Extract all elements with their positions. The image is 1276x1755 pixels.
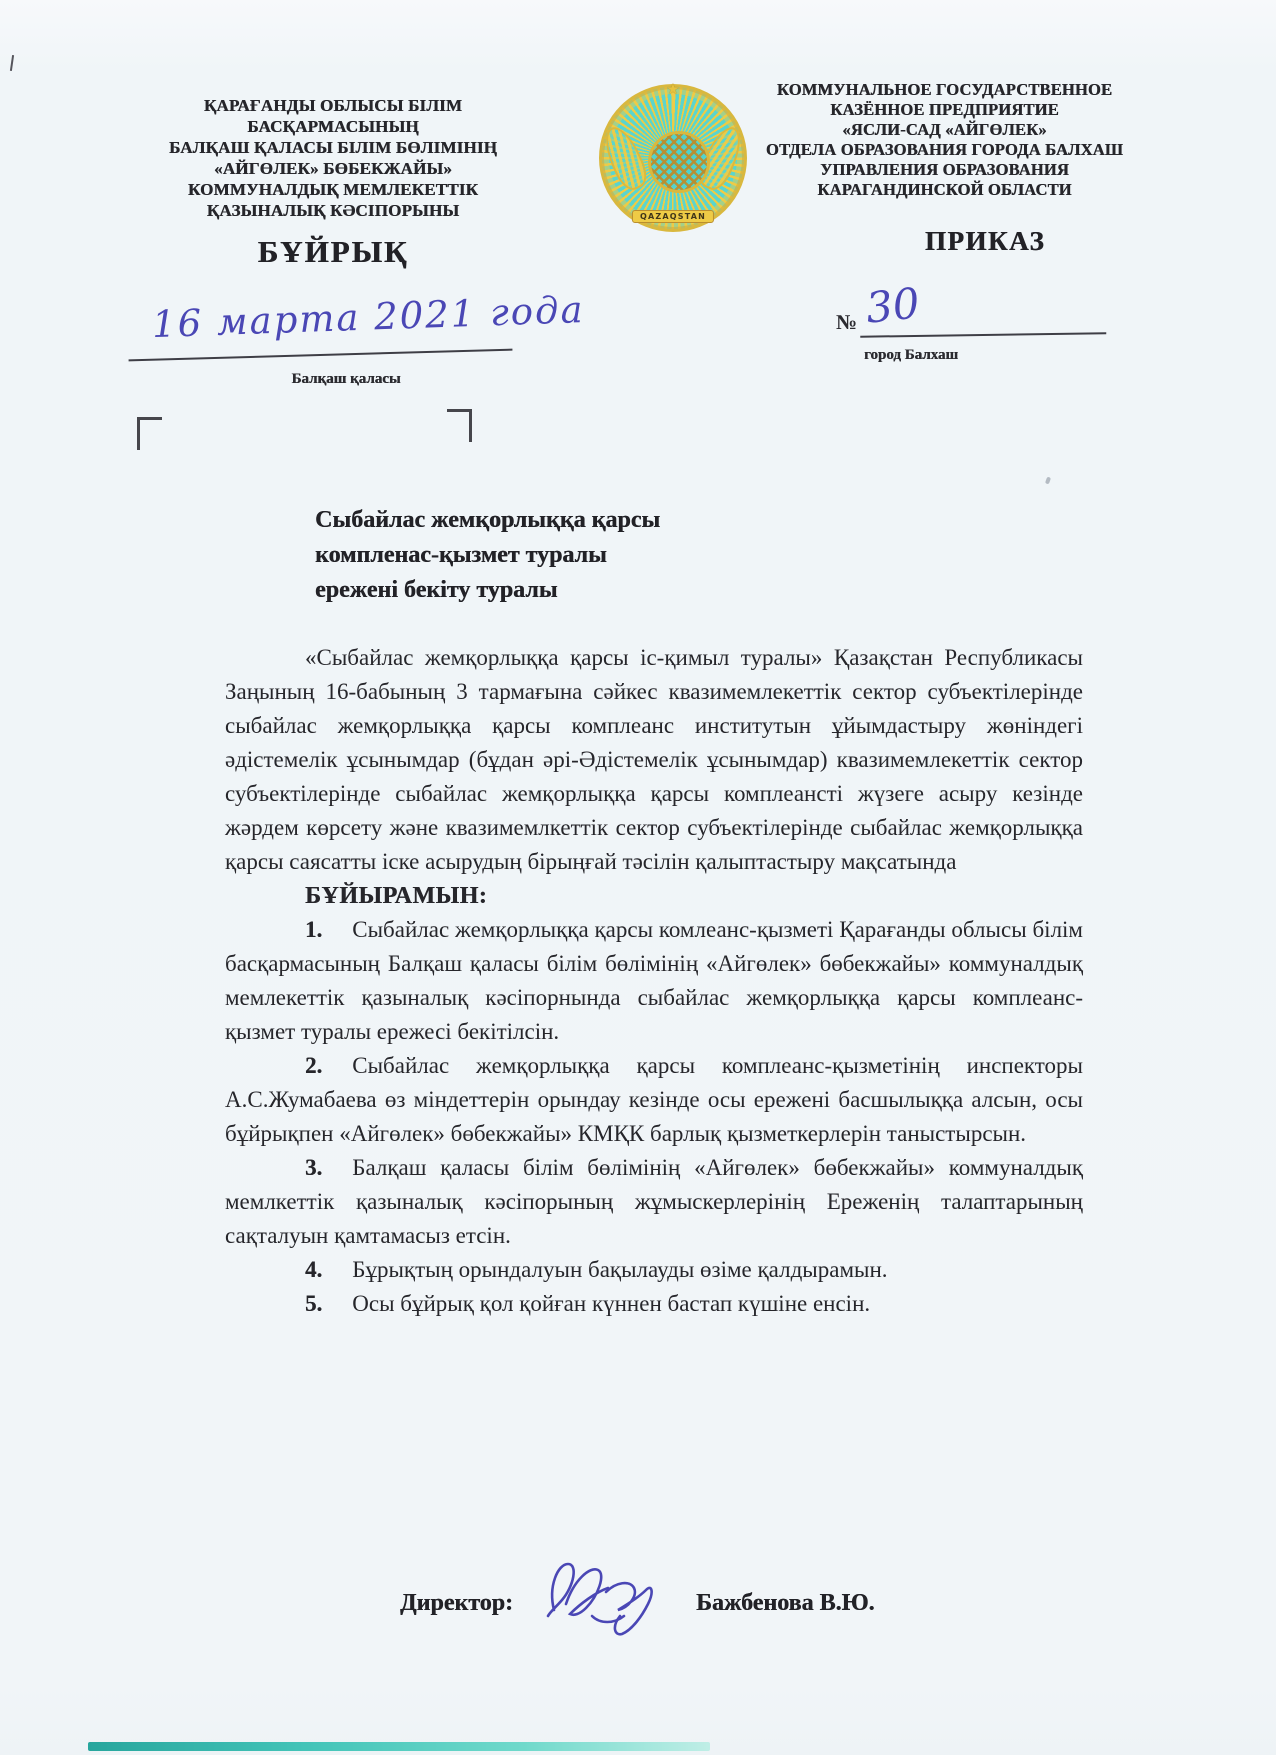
scan-artifact-tick xyxy=(10,55,14,71)
scanned-order-document: ҚАРАҒАНДЫ ОБЛЫСЫ БІЛІМ БАСҚАРМАСЫНЫҢ БАЛ… xyxy=(0,0,1276,1755)
kazakhstan-coat-of-arms-icon: QAZAQSTAN ★ xyxy=(599,84,747,234)
org-ru-line: «ЯСЛИ-САД «АЙГӨЛЕК» xyxy=(752,120,1137,140)
org-kk-line: КОММУНАЛДЫҚ МЕМЛЕКЕТТІК xyxy=(163,179,503,200)
org-ru-line: КОММУНАЛЬНОЕ ГОСУДАРСТВЕННОЕ xyxy=(752,80,1137,100)
org-kk-line: БАСҚАРМАСЫНЫҢ xyxy=(163,116,503,137)
item-text: Сыбайлас жемқорлыққа қарсы комлеанс-қызм… xyxy=(225,917,1083,1044)
emblem-banner-label: QAZAQSTAN xyxy=(632,210,714,223)
item-text: Балқаш қаласы білім бөлімінің «Айгөлек» … xyxy=(225,1155,1083,1248)
org-name-russian: КОММУНАЛЬНОЕ ГОСУДАРСТВЕННОЕ КАЗЁННОЕ ПР… xyxy=(752,80,1137,200)
doc-type-russian: ПРИКАЗ xyxy=(855,226,1115,257)
emblem-rays-disc: QAZAQSTAN xyxy=(599,84,747,232)
emblem-left-wing xyxy=(598,122,652,194)
item-number: 5. xyxy=(305,1291,352,1316)
order-item-1: 1.Сыбайлас жемқорлыққа қарсы комлеанс-қы… xyxy=(225,913,1083,1049)
director-role-label: Директор: xyxy=(400,1590,513,1617)
org-ru-line: УПРАВЛЕНИЯ ОБРАЗОВАНИЯ xyxy=(752,160,1137,180)
number-sign-label: № xyxy=(836,310,857,335)
order-item-4: 4.Бұрықтың орындалуын бақылауды өзіме қа… xyxy=(225,1253,1083,1287)
order-word: БҰЙЫРАМЫН: xyxy=(225,879,1083,913)
item-text: Осы бұйрық қол қойған күннен бастап күші… xyxy=(352,1291,870,1316)
stamp-corner-mark-left xyxy=(137,417,162,450)
preamble-paragraph: «Сыбайлас жемқорлыққа қарсы іс-қимыл тур… xyxy=(225,641,1083,879)
order-item-2: 2.Сыбайлас жемқорлыққа қарсы комплеанс-қ… xyxy=(225,1049,1083,1151)
order-title-line: компленас-қызмет туралы xyxy=(315,538,795,573)
org-kk-line: ҚАЗЫНАЛЫҚ КӘСІПОРЫНЫ xyxy=(163,200,503,221)
org-ru-line: КАРАГАНДИНСКОЙ ОБЛАСТИ xyxy=(752,180,1137,200)
org-kk-line: «АЙГӨЛЕК» БӨБЕКЖАЙЫ» xyxy=(163,158,503,179)
org-name-kazakh: ҚАРАҒАНДЫ ОБЛЫСЫ БІЛІМ БАСҚАРМАСЫНЫҢ БАЛ… xyxy=(163,95,503,221)
scan-artifact-teal-strip xyxy=(88,1742,710,1751)
emblem-shanyrak-core xyxy=(648,131,710,193)
order-title-line: Сыбайлас жемқорлыққа қарсы xyxy=(315,503,795,538)
item-text: Сыбайлас жемқорлыққа қарсы комплеанс-қыз… xyxy=(225,1053,1083,1146)
stamp-corner-mark-right xyxy=(447,409,472,442)
item-text: Бұрықтың орындалуын бақылауды өзіме қалд… xyxy=(352,1257,887,1282)
order-item-5: 5.Осы бұйрық қол қойған күннен бастап кү… xyxy=(225,1287,1083,1321)
org-kk-line: БАЛҚАШ ҚАЛАСЫ БІЛІМ БӨЛІМІНІҢ xyxy=(163,137,503,158)
order-title: Сыбайлас жемқорлыққа қарсы компленас-қыз… xyxy=(315,503,795,608)
order-body: «Сыбайлас жемқорлыққа қарсы іс-қимыл тур… xyxy=(225,641,1083,1321)
director-signature-scribble xyxy=(540,1552,670,1642)
place-russian: город Балхаш xyxy=(846,347,976,364)
director-name: Бажбенова В.Ю. xyxy=(696,1590,875,1617)
doc-type-kazakh: БҰЙРЫҚ xyxy=(163,234,503,270)
org-ru-line: КАЗЁННОЕ ПРЕДПРИЯТИЕ xyxy=(752,100,1137,120)
number-underline xyxy=(860,294,1107,337)
scan-artifact-speck xyxy=(1045,477,1051,485)
item-number: 2. xyxy=(305,1053,352,1078)
order-title-line: ережені бекіту туралы xyxy=(315,573,795,608)
place-kazakh: Балқаш қаласы xyxy=(240,371,452,388)
order-item-3: 3.Балқаш қаласы білім бөлімінің «Айгөлек… xyxy=(225,1151,1083,1253)
item-number: 1. xyxy=(305,917,352,942)
org-kk-line: ҚАРАҒАНДЫ ОБЛЫСЫ БІЛІМ xyxy=(163,95,503,116)
org-ru-line: ОТДЕЛА ОБРАЗОВАНИЯ ГОРОДА БАЛХАШ xyxy=(752,140,1137,160)
item-number: 4. xyxy=(305,1257,352,1282)
emblem-star-icon: ★ xyxy=(666,80,679,98)
item-number: 3. xyxy=(305,1155,352,1180)
